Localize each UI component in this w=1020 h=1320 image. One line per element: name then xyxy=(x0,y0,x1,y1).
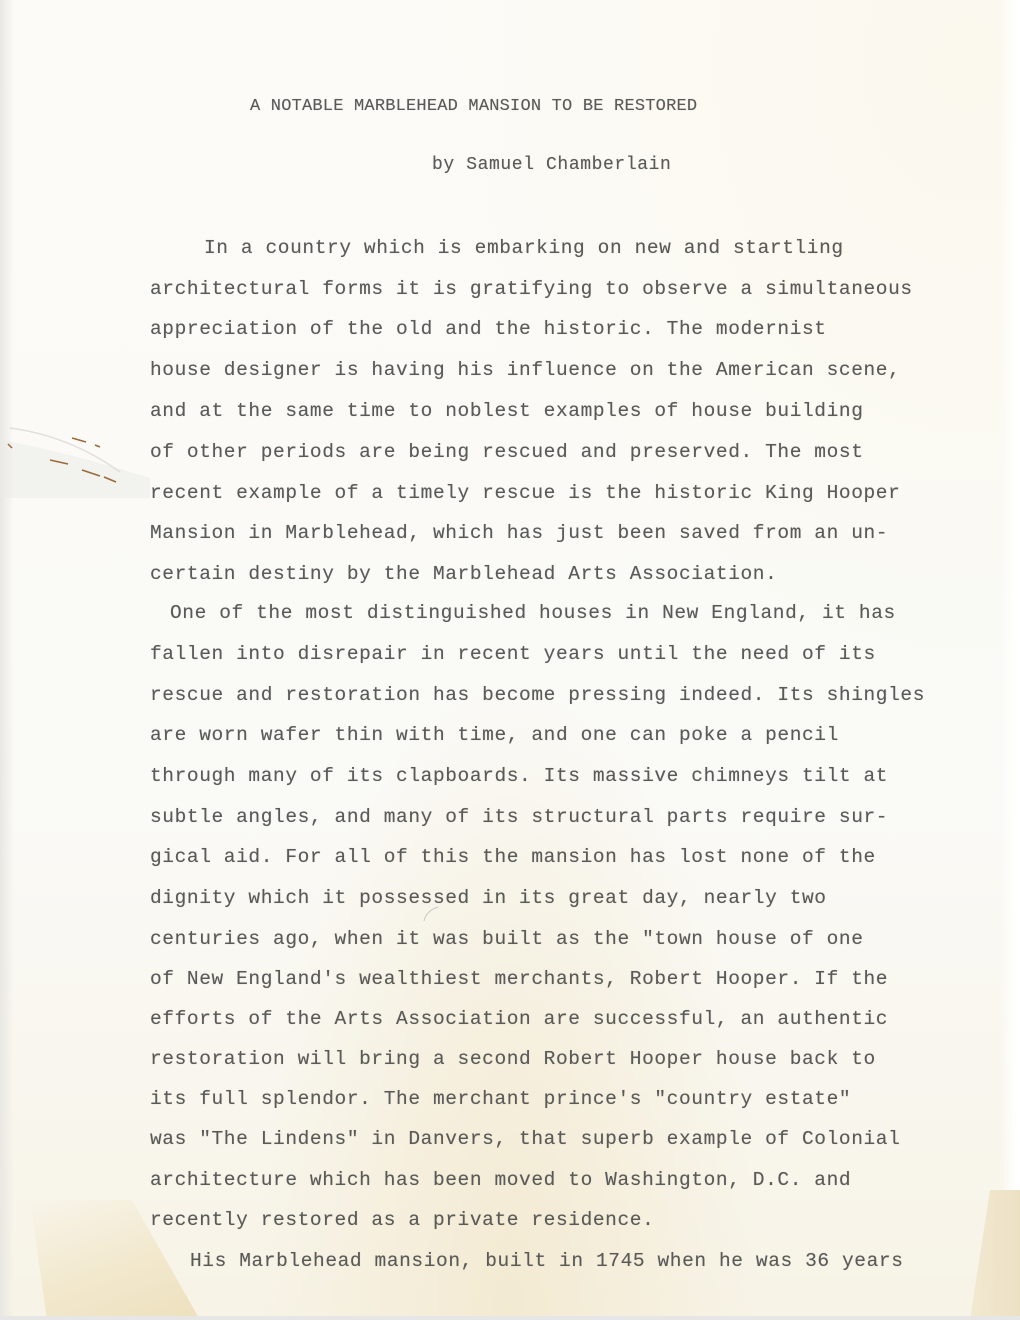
document-byline: by Samuel Chamberlain xyxy=(432,155,671,175)
scan-bottom-border xyxy=(0,1316,1020,1320)
body-line: dignity which it possessed in its great … xyxy=(150,887,827,909)
body-line: In a country which is embarking on new a… xyxy=(204,237,844,259)
body-line: recent example of a timely rescue is the… xyxy=(150,482,900,504)
pencil-mark xyxy=(420,905,442,923)
body-line: appreciation of the old and the historic… xyxy=(150,318,827,340)
body-line: its full splendor. The merchant prince's… xyxy=(150,1088,851,1110)
body-line: architecture which has been moved to Was… xyxy=(150,1169,851,1191)
body-line: are worn wafer thin with time, and one c… xyxy=(150,724,839,746)
body-line: His Marblehead mansion, built in 1745 wh… xyxy=(190,1250,904,1272)
body-line: subtle angles, and many of its structura… xyxy=(150,806,888,828)
body-line: through many of its clapboards. Its mass… xyxy=(150,765,888,787)
body-line: was "The Lindens" in Danvers, that super… xyxy=(150,1128,900,1150)
body-line: and at the same time to noblest examples… xyxy=(150,400,864,422)
body-line: Mansion in Marblehead, which has just be… xyxy=(150,522,888,544)
paper-crease-tear xyxy=(0,420,160,500)
body-line: fallen into disrepair in recent years un… xyxy=(150,643,876,665)
document-title: A NOTABLE MARBLEHEAD MANSION TO BE RESTO… xyxy=(250,97,697,116)
paper-left-edge-shadow xyxy=(0,0,14,1320)
body-line: rescue and restoration has become pressi… xyxy=(150,684,925,706)
body-line: One of the most distinguished houses in … xyxy=(170,602,896,624)
body-line: centuries ago, when it was built as the … xyxy=(150,928,864,950)
body-line: gical aid. For all of this the mansion h… xyxy=(150,846,876,868)
document-page: A NOTABLE MARBLEHEAD MANSION TO BE RESTO… xyxy=(0,0,1020,1320)
body-line: certain destiny by the Marblehead Arts A… xyxy=(150,563,777,585)
body-line: architectural forms it is gratifying to … xyxy=(150,278,913,300)
body-line: recently restored as a private residence… xyxy=(150,1209,654,1231)
body-line: house designer is having his influence o… xyxy=(150,359,900,381)
body-line: of other periods are being rescued and p… xyxy=(150,441,864,463)
paper-right-edge xyxy=(1000,0,1020,1320)
body-line: of New England's wealthiest merchants, R… xyxy=(150,968,888,990)
body-line: efforts of the Arts Association are succ… xyxy=(150,1008,888,1030)
aged-corner-bottom-right xyxy=(970,1190,1020,1320)
body-line: restoration will bring a second Robert H… xyxy=(150,1048,876,1070)
